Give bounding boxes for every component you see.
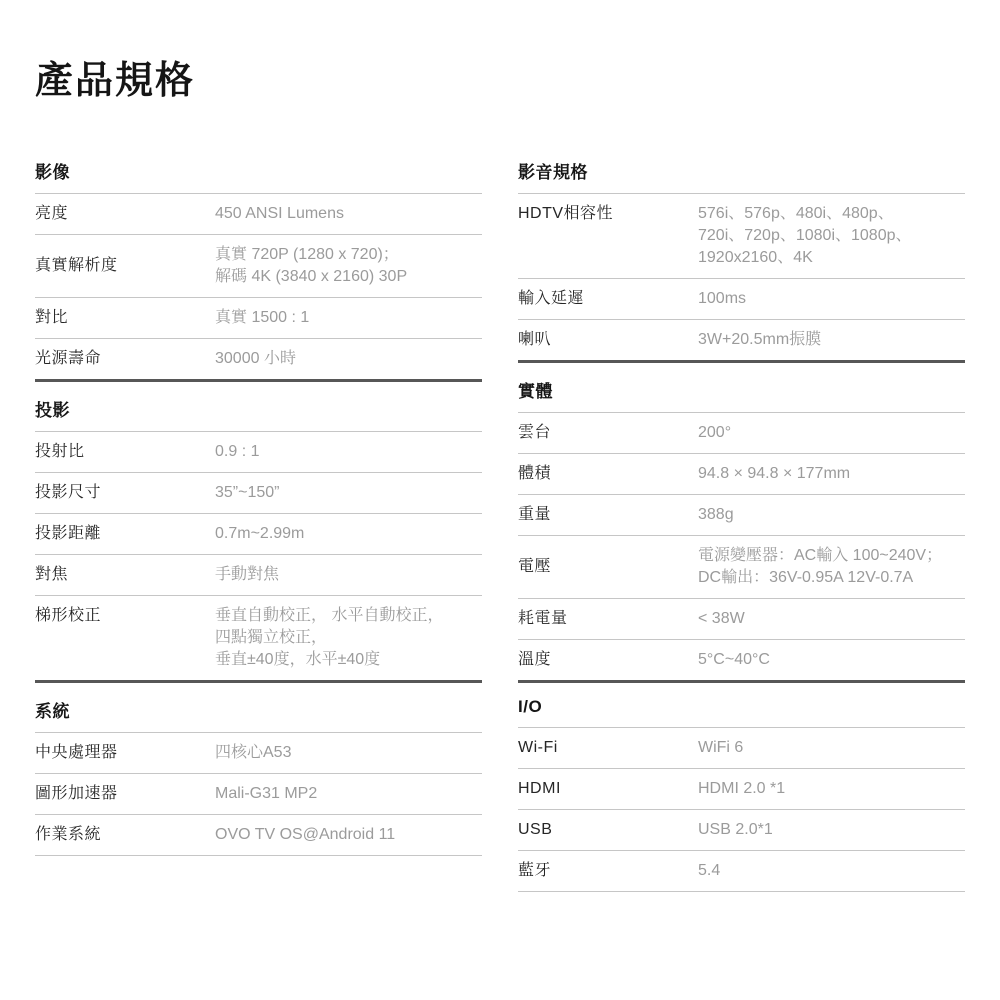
section-title-physical: 實體 xyxy=(518,363,965,413)
spec-row-focus: 對焦 手動對焦 xyxy=(35,555,482,596)
spec-row-gimbal: 雲台 200° xyxy=(518,413,965,454)
spec-section-physical: 實體 雲台 200° 體積 94.8 × 94.8 × 177mm 重量 388… xyxy=(518,363,965,683)
spec-section-av: 影音規格 HDTV相容性 576i、576p、480i、480p、 720i、7… xyxy=(518,156,965,363)
spec-value: HDMI 2.0 *1 xyxy=(698,778,965,800)
spec-value: 388g xyxy=(698,504,965,526)
spec-row-os: 作業系統 OVO TV OS@Android 11 xyxy=(35,815,482,856)
section-title-io: I/O xyxy=(518,683,965,728)
spec-value: 30000 小時 xyxy=(215,348,482,370)
spec-value: 0.7m~2.99m xyxy=(215,523,482,545)
spec-label: 光源壽命 xyxy=(35,348,215,370)
spec-value: 真實 720P (1280 x 720)； 解碼 4K (3840 x 2160… xyxy=(215,244,482,288)
spec-row-dimensions: 體積 94.8 × 94.8 × 177mm xyxy=(518,454,965,495)
spec-row-projection-distance: 投影距離 0.7m~2.99m xyxy=(35,514,482,555)
spec-label: HDTV相容性 xyxy=(518,203,698,225)
spec-row-projection-size: 投影尺寸 35”~150” xyxy=(35,473,482,514)
spec-row-input-lag: 輸入延遲 100ms xyxy=(518,279,965,320)
spec-row-cpu: 中央處理器 四核心A53 xyxy=(35,733,482,774)
spec-label: HDMI xyxy=(518,778,698,800)
spec-row-gpu: 圖形加速器 Mali-G31 MP2 xyxy=(35,774,482,815)
spec-label: Wi-Fi xyxy=(518,737,698,759)
spec-value: 450 ANSI Lumens xyxy=(215,203,482,225)
spec-row-throw-ratio: 投射比 0.9 : 1 xyxy=(35,432,482,473)
spec-value: 94.8 × 94.8 × 177mm xyxy=(698,463,965,485)
spec-page: 產品規格 影像 亮度 450 ANSI Lumens 真實解析度 真實 720P… xyxy=(0,0,1000,892)
spec-label: 投影尺寸 xyxy=(35,482,215,504)
spec-label: 投影距離 xyxy=(35,523,215,545)
spec-label: 投射比 xyxy=(35,441,215,463)
spec-row-light-source-life: 光源壽命 30000 小時 xyxy=(35,339,482,382)
spec-label: 對比 xyxy=(35,307,215,329)
spec-label: 電壓 xyxy=(518,556,698,578)
spec-value: 100ms xyxy=(698,288,965,310)
spec-label: 真實解析度 xyxy=(35,255,215,277)
spec-label: 藍牙 xyxy=(518,860,698,882)
spec-label: 中央處理器 xyxy=(35,742,215,764)
spec-section-projection: 投影 投射比 0.9 : 1 投影尺寸 35”~150” 投影距離 0.7m~2… xyxy=(35,382,482,683)
spec-column-right: 影音規格 HDTV相容性 576i、576p、480i、480p、 720i、7… xyxy=(518,156,965,892)
page-title: 產品規格 xyxy=(35,58,965,104)
spec-row-weight: 重量 388g xyxy=(518,495,965,536)
spec-row-power-consumption: 耗電量 < 38W xyxy=(518,599,965,640)
spec-row-speaker: 喇叭 3W+20.5mm振膜 xyxy=(518,320,965,363)
spec-label: USB xyxy=(518,819,698,841)
spec-row-voltage: 電壓 電源變壓器：AC輸入 100~240V； DC輸出：36V-0.95A 1… xyxy=(518,536,965,599)
spec-value: 垂直自動校正， 水平自動校正， 四點獨立校正， 垂直±40度，水平±40度 xyxy=(215,605,482,671)
spec-section-image: 影像 亮度 450 ANSI Lumens 真實解析度 真實 720P (128… xyxy=(35,156,482,382)
spec-label: 對焦 xyxy=(35,564,215,586)
spec-value: 四核心A53 xyxy=(215,742,482,764)
spec-row-resolution: 真實解析度 真實 720P (1280 x 720)； 解碼 4K (3840 … xyxy=(35,235,482,298)
spec-value: < 38W xyxy=(698,608,965,630)
spec-value: 3W+20.5mm振膜 xyxy=(698,329,965,351)
spec-row-hdmi: HDMI HDMI 2.0 *1 xyxy=(518,769,965,810)
spec-label: 圖形加速器 xyxy=(35,783,215,805)
spec-row-usb: USB USB 2.0*1 xyxy=(518,810,965,851)
spec-value: 0.9 : 1 xyxy=(215,441,482,463)
spec-label: 喇叭 xyxy=(518,329,698,351)
section-title-system: 系統 xyxy=(35,683,482,733)
spec-label: 作業系統 xyxy=(35,824,215,846)
spec-label: 重量 xyxy=(518,504,698,526)
spec-row-temperature: 溫度 5°C~40°C xyxy=(518,640,965,683)
spec-value: OVO TV OS@Android 11 xyxy=(215,824,482,846)
spec-value: 200° xyxy=(698,422,965,444)
spec-value: 真實 1500 : 1 xyxy=(215,307,482,329)
spec-value: WiFi 6 xyxy=(698,737,965,759)
spec-value: 5°C~40°C xyxy=(698,649,965,671)
spec-label: 亮度 xyxy=(35,203,215,225)
spec-value: 手動對焦 xyxy=(215,564,482,586)
spec-row-contrast: 對比 真實 1500 : 1 xyxy=(35,298,482,339)
spec-value: 5.4 xyxy=(698,860,965,882)
spec-columns: 影像 亮度 450 ANSI Lumens 真實解析度 真實 720P (128… xyxy=(35,156,965,892)
spec-row-wifi: Wi-Fi WiFi 6 xyxy=(518,728,965,769)
spec-value: 電源變壓器：AC輸入 100~240V； DC輸出：36V-0.95A 12V-… xyxy=(698,545,965,589)
spec-row-brightness: 亮度 450 ANSI Lumens xyxy=(35,194,482,235)
spec-section-io: I/O Wi-Fi WiFi 6 HDMI HDMI 2.0 *1 USB US… xyxy=(518,683,965,892)
spec-row-bluetooth: 藍牙 5.4 xyxy=(518,851,965,892)
spec-section-system: 系統 中央處理器 四核心A53 圖形加速器 Mali-G31 MP2 作業系統 … xyxy=(35,683,482,856)
section-title-image: 影像 xyxy=(35,156,482,194)
section-title-av: 影音規格 xyxy=(518,156,965,194)
spec-label: 溫度 xyxy=(518,649,698,671)
spec-label: 體積 xyxy=(518,463,698,485)
spec-label: 梯形校正 xyxy=(35,605,215,627)
section-title-projection: 投影 xyxy=(35,382,482,432)
spec-label: 耗電量 xyxy=(518,608,698,630)
spec-value: 35”~150” xyxy=(215,482,482,504)
spec-row-keystone: 梯形校正 垂直自動校正， 水平自動校正， 四點獨立校正， 垂直±40度，水平±4… xyxy=(35,596,482,683)
spec-value: Mali-G31 MP2 xyxy=(215,783,482,805)
spec-column-left: 影像 亮度 450 ANSI Lumens 真實解析度 真實 720P (128… xyxy=(35,156,482,892)
spec-label: 雲台 xyxy=(518,422,698,444)
spec-value: USB 2.0*1 xyxy=(698,819,965,841)
spec-value: 576i、576p、480i、480p、 720i、720p、1080i、108… xyxy=(698,203,965,269)
spec-row-hdtv-compatibility: HDTV相容性 576i、576p、480i、480p、 720i、720p、1… xyxy=(518,194,965,279)
spec-label: 輸入延遲 xyxy=(518,288,698,310)
